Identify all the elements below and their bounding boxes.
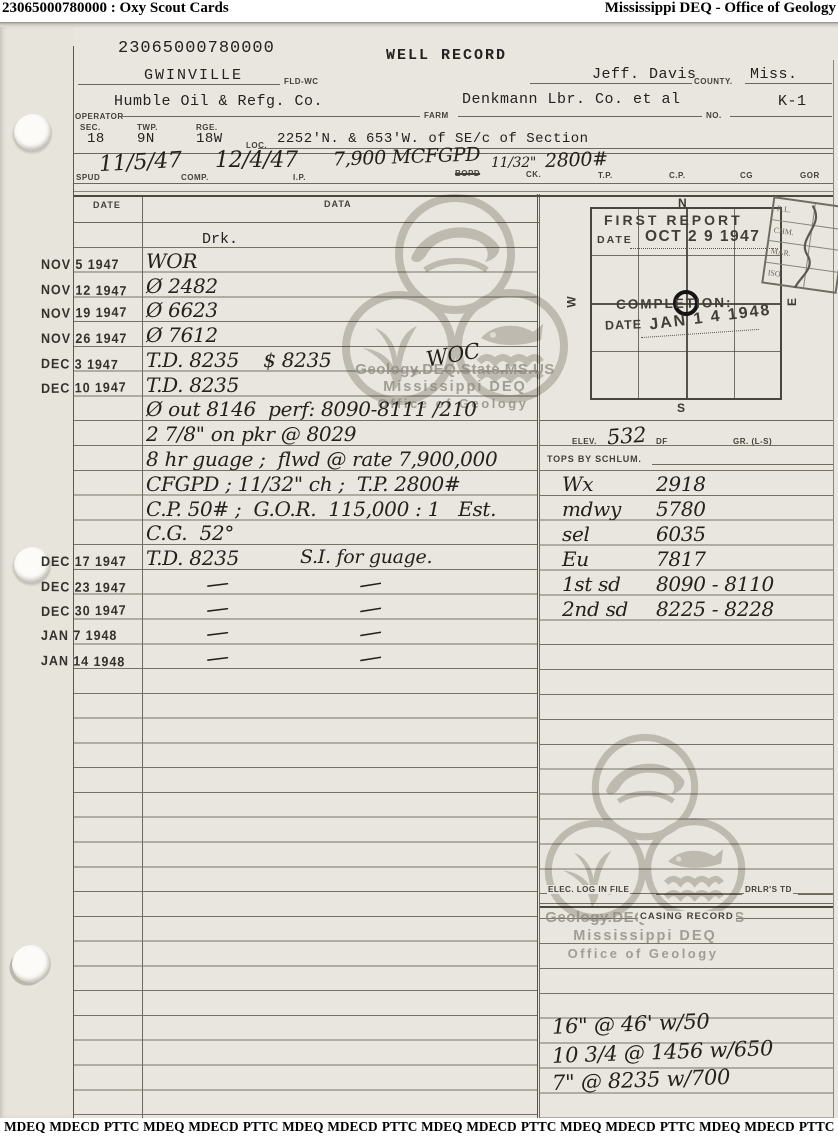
rule xyxy=(745,83,832,84)
footer-token: MDECD xyxy=(466,1120,516,1136)
data-entry: Ø 2482 xyxy=(146,274,218,298)
field-name: GWINVILLE xyxy=(144,67,243,84)
state-name: Miss. xyxy=(750,66,798,83)
data-entry: 2 7/8" on pkr @ 8029 xyxy=(146,422,356,446)
date-stamp: JAN 7 1948 xyxy=(41,628,117,643)
footer-token: MDECD xyxy=(605,1120,655,1136)
deq-watermark-logo xyxy=(543,732,747,923)
date-stamp: DEC 23 1947 xyxy=(41,579,127,595)
footer-token: MDEQ xyxy=(282,1120,323,1136)
county-name: Jeff. Davis xyxy=(592,66,697,83)
well-no: K-1 xyxy=(778,93,807,110)
twp-value: 9N xyxy=(137,131,155,147)
rule xyxy=(798,894,833,895)
bopd-label: BOPD xyxy=(455,169,480,178)
spud-date: 11/5/47 xyxy=(98,148,182,177)
date-stamp: NOV 26 1947 xyxy=(41,331,127,346)
viewer-footer: MDEQMDECDPTTCMDEQMDECDPTTCMDEQMDECDPTTCM… xyxy=(0,1118,838,1138)
formation-name: 2nd sd xyxy=(562,597,628,621)
date-stamp: DEC 17 1947 xyxy=(41,554,127,569)
date-stamp: DEC 30 1947 xyxy=(41,602,127,618)
footer-token: PTTC xyxy=(104,1120,139,1136)
rule xyxy=(458,116,702,117)
rge-value: 18W xyxy=(196,131,223,147)
data-entry: CFGPD ; 11/32" ch ; T.P. 2800# xyxy=(146,472,460,496)
data-note: — xyxy=(357,644,383,673)
formation-name: Eu xyxy=(562,547,589,571)
well-no-label: NO. xyxy=(706,111,722,120)
routing-stamp: R.L. CHM. MAR. ISO. xyxy=(761,196,838,294)
rule xyxy=(730,116,832,117)
card-title: WELL RECORD xyxy=(386,47,507,64)
county-label: COUNTY. xyxy=(694,77,733,86)
spud-label: SPUD xyxy=(76,173,100,182)
comp-label: COMP. xyxy=(181,173,209,182)
first-report-date-label: DATE xyxy=(597,234,633,246)
rule xyxy=(78,84,280,85)
formation-depth: 2918 xyxy=(656,472,706,496)
ip-label: I.P. xyxy=(293,173,306,182)
table-row: NOV 19 1947Ø 6623 xyxy=(74,301,538,326)
completion-date-label: DATE xyxy=(605,317,643,332)
data-entry: T.D. 8235 $ 8235 xyxy=(146,348,331,372)
data-note: S.I. for guage. xyxy=(300,546,432,568)
choke-size: 11/32" xyxy=(491,155,536,171)
footer-token: PTTC xyxy=(521,1120,556,1136)
formation-name: mdwy xyxy=(562,497,621,521)
formation-depth: 6035 xyxy=(656,522,706,546)
drlrs-td-label: DRLR'S TD xyxy=(744,885,793,894)
watermark-org: Mississippi DEQ xyxy=(573,928,717,944)
compass-west: W xyxy=(565,296,579,307)
tp-label: T.P. xyxy=(598,171,613,180)
page: 23065000780000 : Oxy Scout Cards Mississ… xyxy=(0,0,838,1138)
operator-label: OPERATOR xyxy=(75,112,124,121)
casing-record-title: CASING RECORD xyxy=(638,911,736,922)
data-entry: C.P. 50# ; G.O.R. 115,000 : 1 Est. xyxy=(146,497,496,521)
compass-north: N xyxy=(678,196,687,210)
plat-gridline xyxy=(592,351,780,352)
table-row: JAN 14 1948—— xyxy=(74,648,538,673)
df-label: DF xyxy=(656,437,668,446)
cp-label: C.P. xyxy=(669,171,686,180)
table-row: DEC 23 1947—— xyxy=(74,574,538,599)
first-report-date: OCT 2 9 1947 xyxy=(645,228,760,246)
formation-depth: 7817 xyxy=(656,547,706,571)
data-column-header: DATA xyxy=(324,199,352,209)
formation-depth: 8090 - 8110 xyxy=(656,572,774,596)
viewer-header-right: Mississippi DEQ - Office of Geology xyxy=(605,0,836,22)
rule xyxy=(540,420,833,421)
comp-date: 12/4/47 xyxy=(215,148,298,173)
table-row: JAN 7 1948—— xyxy=(74,623,538,648)
footer-token: PTTC xyxy=(382,1120,417,1136)
date-column-header: DATE xyxy=(93,200,121,210)
formation-name: 1st sd xyxy=(562,572,621,596)
tubing-pressure: 2800# xyxy=(545,148,609,172)
formation-depth: 5780 xyxy=(656,497,706,521)
formation-name: sel xyxy=(562,522,590,546)
table-row: Drk. xyxy=(74,227,538,252)
farm-name: Denkmann Lbr. Co. et al xyxy=(462,91,681,108)
data-entry: Drk. xyxy=(202,231,238,248)
formation-name: Wx xyxy=(562,472,593,496)
dotted-leader xyxy=(630,248,778,249)
footer-token: PTTC xyxy=(799,1120,834,1136)
gr-label: GR. (L-S) xyxy=(733,437,772,446)
rule xyxy=(652,464,833,465)
footer-token: MDECD xyxy=(50,1120,100,1136)
data-entry: — xyxy=(205,644,231,673)
hole-punch xyxy=(14,114,52,151)
compass-south: S xyxy=(677,401,685,415)
farm-label: FARM xyxy=(424,111,449,120)
elev-label: ELEV. xyxy=(572,437,597,446)
elec-log-label: ELEC. LOG IN FILE xyxy=(547,885,630,894)
footer-token: MDEQ xyxy=(560,1120,601,1136)
plat-gridline xyxy=(592,255,780,256)
date-stamp: NOV 19 1947 xyxy=(41,305,128,321)
rule xyxy=(530,83,692,84)
elev-value: 532 xyxy=(606,423,647,450)
first-report-stamp: FIRST REPORT xyxy=(604,212,743,228)
compass-east: E xyxy=(785,298,799,306)
routing-stamp-squiggle xyxy=(763,194,838,298)
footer-token: MDECD xyxy=(189,1120,239,1136)
data-entry: Ø out 8146 perf: 8090-8111 /210 xyxy=(146,397,477,421)
footer-token: MDECD xyxy=(744,1120,794,1136)
table-row: NOV 12 1947Ø 2482 xyxy=(74,277,538,302)
rule xyxy=(122,116,420,117)
footer-token: MDEQ xyxy=(421,1120,462,1136)
viewer-header: 23065000780000 : Oxy Scout Cards Mississ… xyxy=(0,0,838,22)
table-row: DEC 30 1947—— xyxy=(74,599,538,624)
footer-token: MDEQ xyxy=(699,1120,740,1136)
sec-value: 18 xyxy=(87,131,105,147)
date-stamp: JAN 14 1948 xyxy=(41,653,125,669)
footer-token: MDEQ xyxy=(143,1120,184,1136)
table-row: NOV 5 1947WOR xyxy=(74,252,538,277)
data-entry: Ø 6623 xyxy=(146,298,218,322)
footer-token: MDECD xyxy=(328,1120,378,1136)
well-id: 23065000780000 xyxy=(118,39,275,58)
footer-token: MDEQ xyxy=(4,1120,45,1136)
table-row: DEC 17 1947T.D. 8235S.I. for guage. xyxy=(74,549,538,574)
data-entry: WOR xyxy=(146,249,197,273)
cg-label: CG xyxy=(740,171,753,180)
ck-label: CK. xyxy=(526,170,541,179)
data-entry: T.D. 8235 xyxy=(146,546,239,570)
date-stamp: DEC 3 1947 xyxy=(41,356,119,372)
footer-token: PTTC xyxy=(660,1120,695,1136)
data-entry: 8 hr guage ; flwd @ rate 7,900,000 xyxy=(146,447,497,471)
viewer-header-left: 23065000780000 : Oxy Scout Cards xyxy=(2,0,229,22)
gor-label: GOR xyxy=(800,171,820,180)
formation-depth: 8225 - 8228 xyxy=(656,597,774,621)
watermark-office: Office of Geology xyxy=(568,946,719,961)
footer-token: PTTC xyxy=(243,1120,278,1136)
date-stamp: NOV 5 1947 xyxy=(41,257,119,272)
data-entry: Ø 7612 xyxy=(146,323,218,347)
tops-row: 2nd sd8225 - 8228 xyxy=(540,599,834,625)
rule xyxy=(74,183,833,184)
field-label: FLD-WC xyxy=(284,77,319,86)
table-row: C.P. 50# ; G.O.R. 115,000 : 1 Est. xyxy=(74,500,538,525)
data-entry: C.G. 52° xyxy=(146,521,234,545)
tops-label: TOPS BY SCHLUM. xyxy=(547,454,642,464)
date-stamp: DEC 10 1947 xyxy=(41,379,127,395)
date-stamp: NOV 12 1947 xyxy=(41,282,128,298)
data-entry: T.D. 8235 xyxy=(146,373,239,397)
table-row: DEC 3 1947T.D. 8235 $ 8235WOC xyxy=(74,351,538,376)
operator-name: Humble Oil & Refg. Co. xyxy=(114,93,323,110)
